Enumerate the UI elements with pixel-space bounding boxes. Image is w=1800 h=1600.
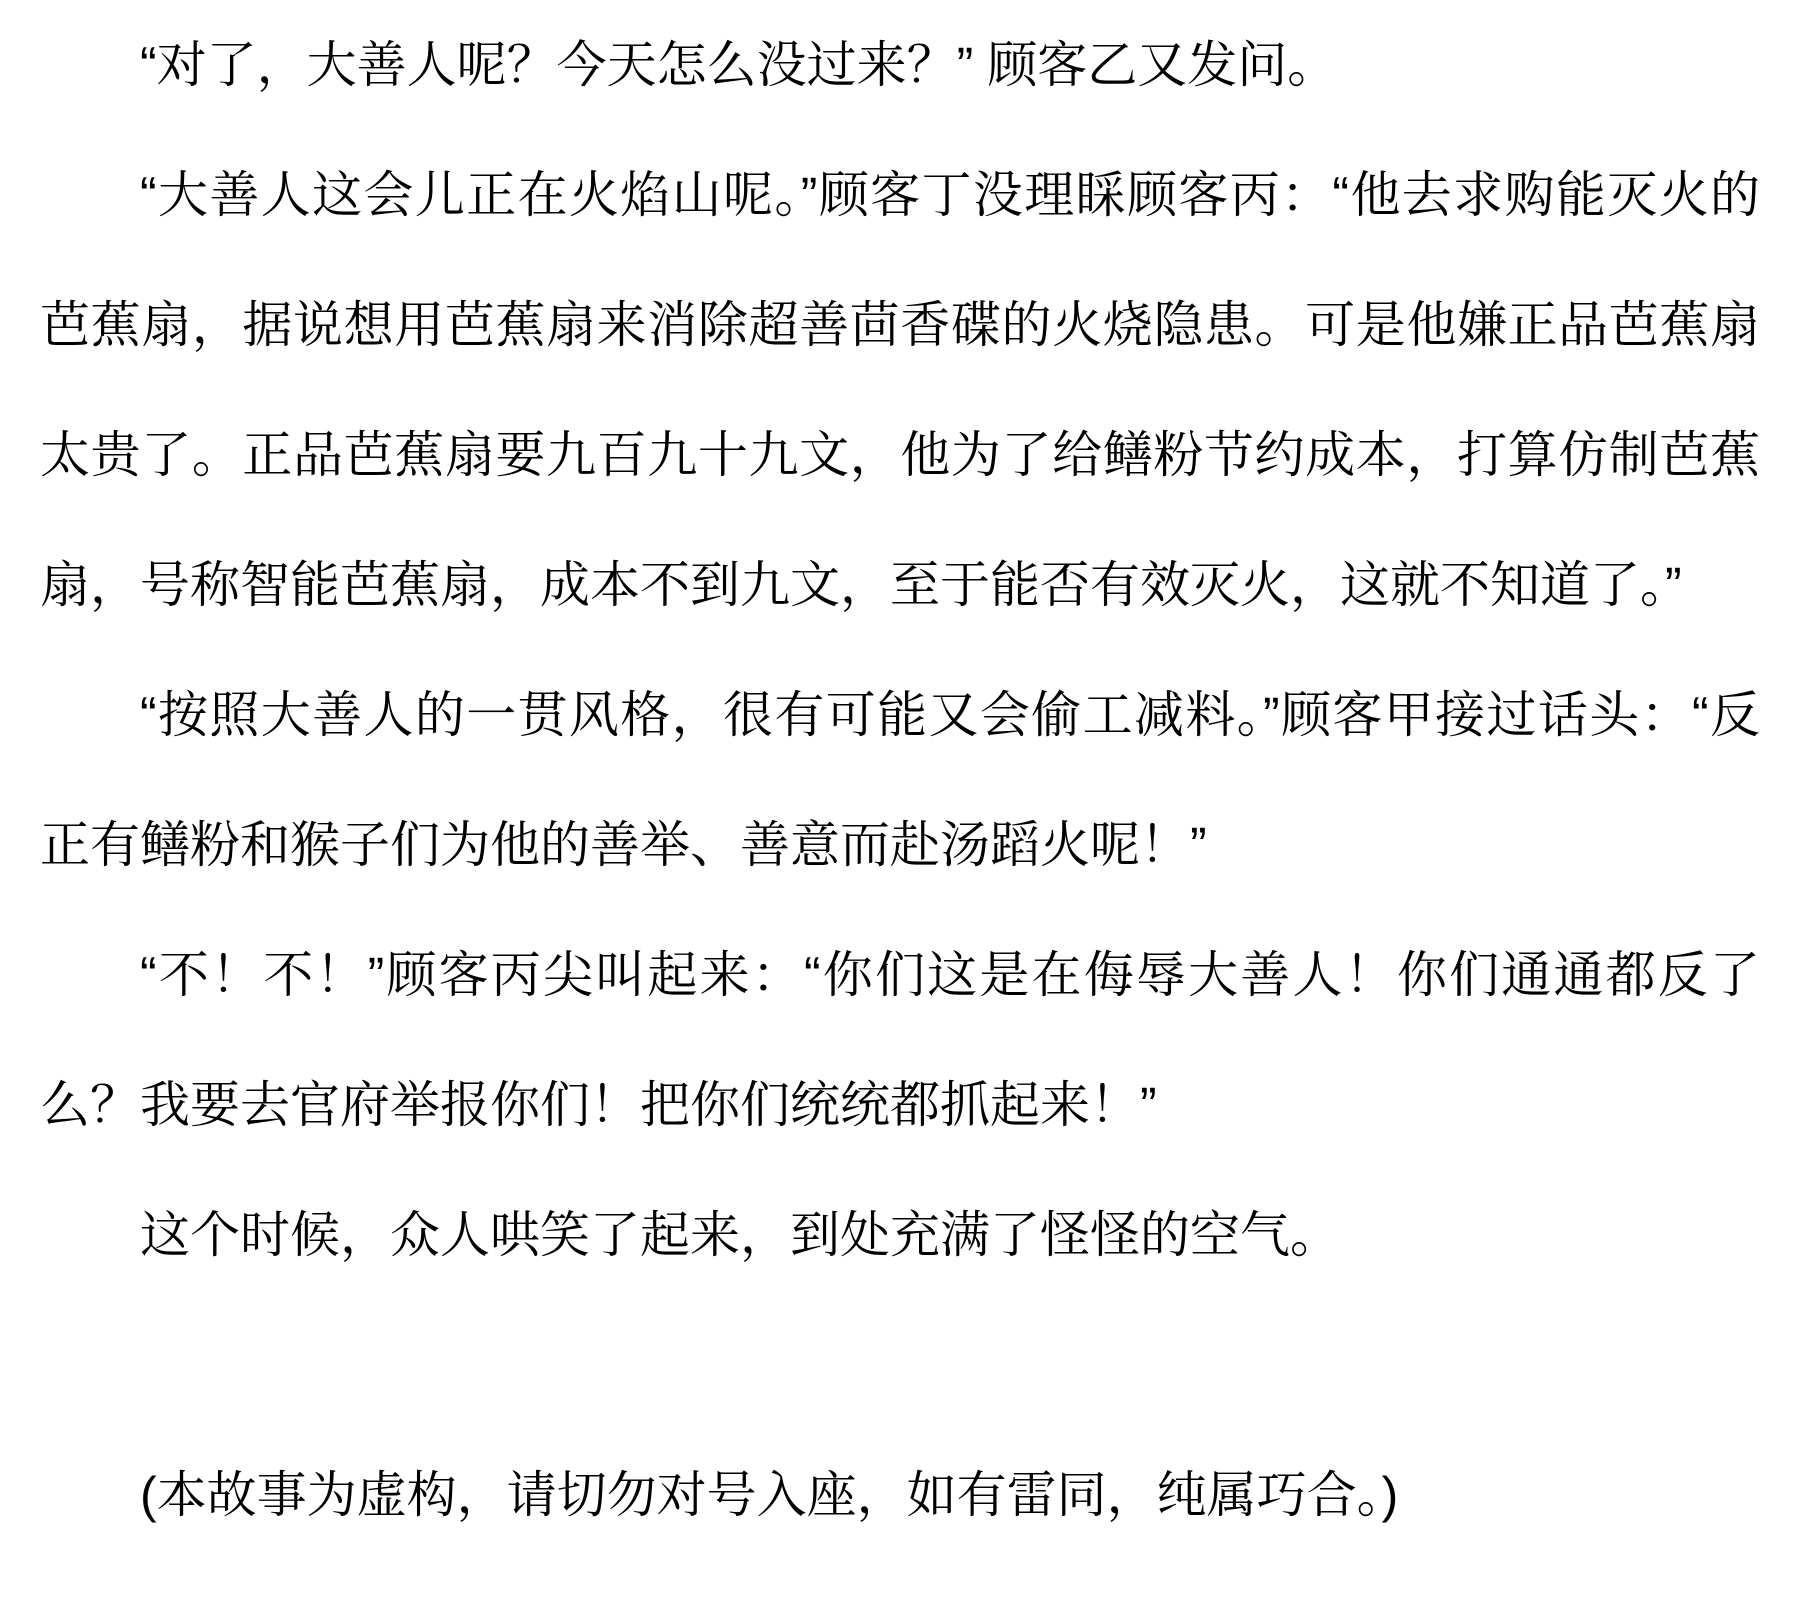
story-paragraph-5: 这个时候，众人哄笑了起来，到处充满了怪怪的空气。 xyxy=(40,1170,1760,1300)
story-paragraph-3: “按照大善人的一贯风格，很有可能又会偷工减料。”顾客甲接过话头：“反正有鳝粉和猴… xyxy=(40,650,1760,910)
story-paragraph-4: “不！不！”顾客丙尖叫起来：“你们这是在侮辱大善人！你们通通都反了么？我要去官府… xyxy=(40,910,1760,1170)
document-page: “对了，大善人呢？今天怎么没过来？” 顾客乙又发问。 “大善人这会儿正在火焰山呢… xyxy=(0,0,1800,1600)
story-disclaimer: (本故事为虚构，请切勿对号入座，如有雷同，纯属巧合。) xyxy=(40,1430,1760,1560)
story-paragraph-2: “大善人这会儿正在火焰山呢。”顾客丁没理睬顾客丙：“他去求购能灭火的芭蕉扇，据说… xyxy=(40,130,1760,650)
story-paragraph-1: “对了，大善人呢？今天怎么没过来？” 顾客乙又发问。 xyxy=(40,0,1760,130)
